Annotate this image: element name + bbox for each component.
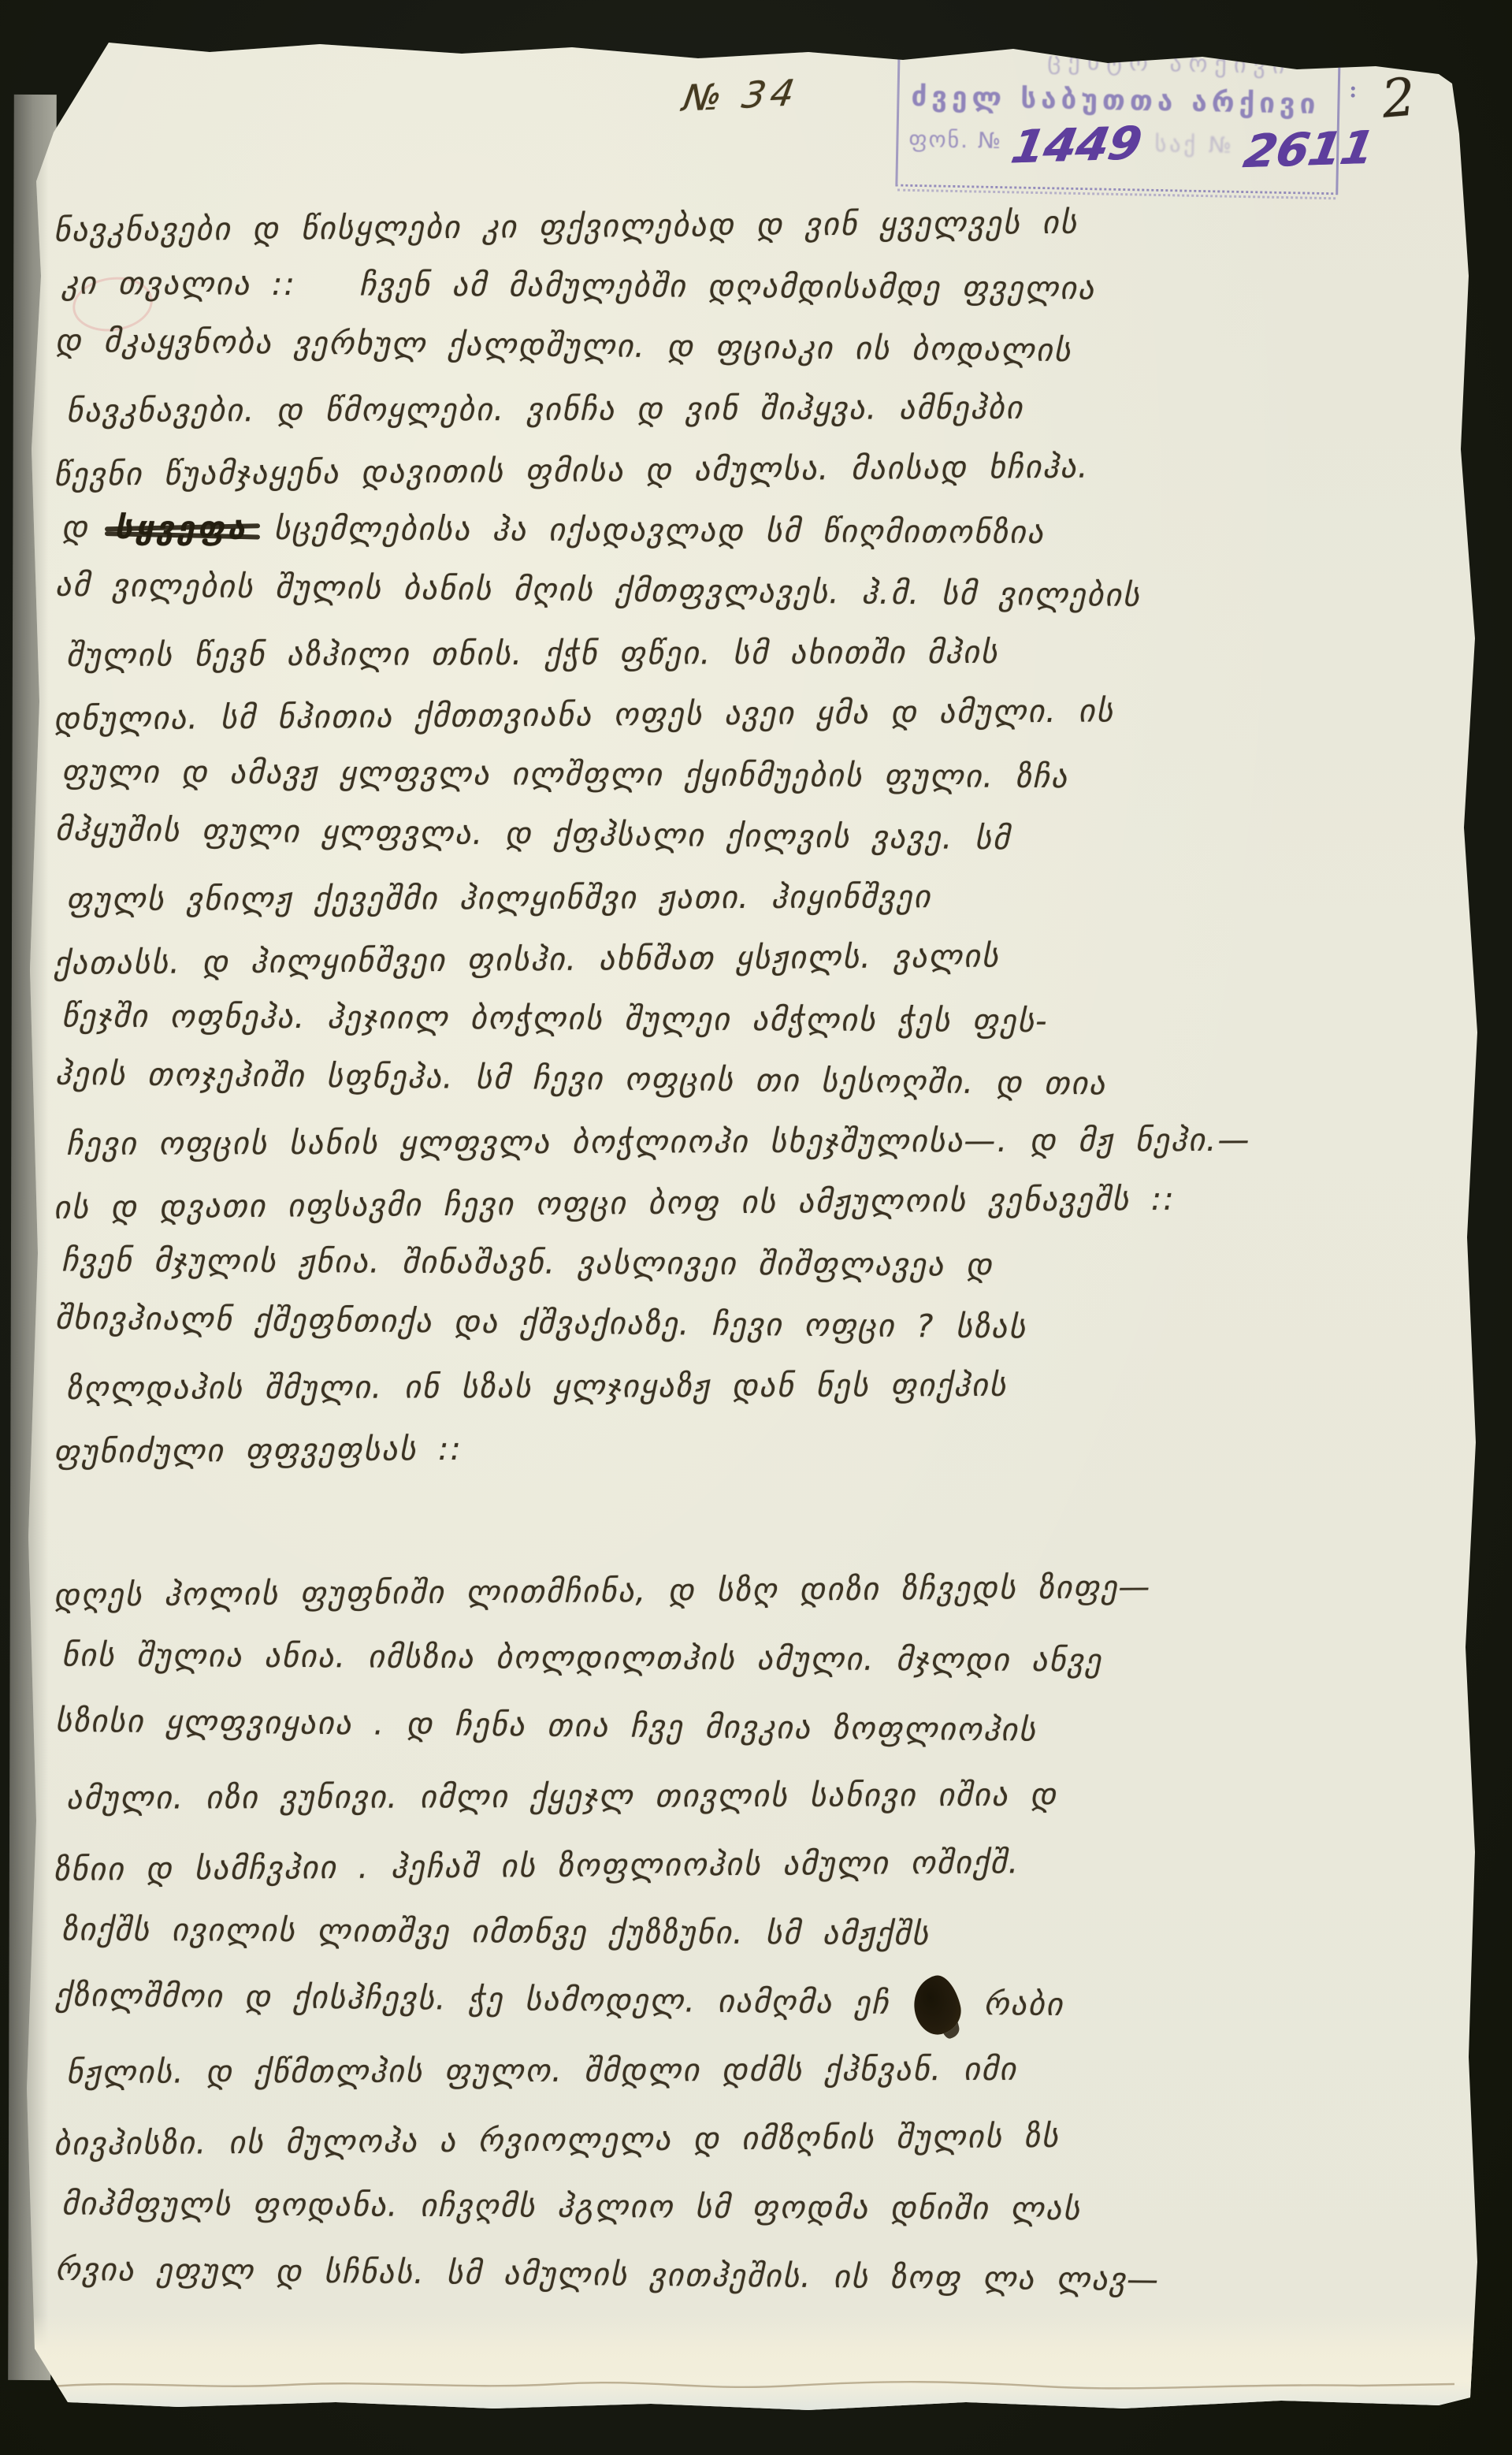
manuscript-line: ქზილშმოი დ ქისჰჩევს. ჭე სამოდელ. იამღმა … [55,1962,1425,2044]
manuscript-line: ჰეის თოჯეჰიში სფნეჰა. სმ ჩევი ოფცის თი ს… [55,1044,1425,1118]
stamp-fond-number-handwritten: 1449 [1008,120,1145,169]
manuscript-line: ბივჰისზი. ის მულოჰა ა რვიოლელა დ იმზღნის… [54,2100,1425,2179]
manuscript-line: შხივჰიალნ ქშეფნთიქა და ქშვაქიაზე. ჩევი ო… [55,1289,1425,1363]
crease-line [20,2377,1477,2393]
manuscript-line: კი თვალია :: ჩვენ ამ მამულებში დღამდისამ… [61,253,1425,322]
ink-blot [908,1972,966,2039]
stamp-ghost-label: საქ № [1154,131,1235,158]
manuscript-line: ჩევი ოფცის სანის ყლფვლა ბოჭლიოჰი სხეჯშულ… [66,1109,1425,1175]
manuscript-paper: ცენტრ არქივი ძველ საბუთთა არქივი ფონ. № … [20,39,1477,2410]
manuscript-line: ამ ვილების შულის ბანის მღის ქმთფვლავეს. … [55,556,1425,630]
page-number: 2 [1380,66,1418,129]
manuscript-line: ნავკნავები დ წისყლები კი ფქვილებად დ ვინ… [54,190,1425,262]
paper-bottom-fold [20,2316,1477,2410]
stamp-fond-label: ფონ. № [908,126,1002,154]
manuscript-line: სზისი ყლფვიყაია . დ ჩენა თია ჩვე მივკია … [55,1687,1425,1769]
manuscript-line: ქათასს. დ ჰილყინშვეი ფისჰი. ახნშათ ყსჟილ… [54,923,1425,995]
manuscript-line: წეჯში ოფნეჰა. ჰეჯიილ ბოჭლის შულეი ამჭლის… [61,986,1425,1055]
manuscript-line: ნავკნავები. დ წმოყლები. ვინჩა დ ვინ შიჰყ… [66,376,1425,442]
manuscript-line: დნულია. სმ ნჰითია ქმთთვიანა ოფეს ავეი ყმ… [54,679,1425,750]
manuscript-line: ამული. იზი ვუნივი. იმლი ქყეჯლ თივლის სან… [66,1760,1425,1833]
manuscript-line: ზიქშს ივილის ლითშვე იმთნვე ქუზზუნი. სმ ა… [61,1895,1425,1971]
manuscript-line: დ მკაყვნობა ვერხულ ქალდშული. დ ფციაკი ის… [55,311,1425,385]
manuscript-line: მიჰმფულს ფოდანა. იჩვღმს ჰგლიო სმ ფოდმა დ… [61,2170,1425,2245]
document-number: № 34 [680,71,802,120]
manuscript-line: ფუნიძული ფფვეფსას :: [54,1412,1425,1483]
manuscript-line [61,1475,1425,1543]
manuscript-paragraph-2: დღეს ჰოლის ფუფნიში ლითმჩინა, დ სზღ დიზი … [54,1557,1425,2379]
manuscript-line: ნჟლის. დ ქწმთლჰის ფულო. შმდლი დძმს ქჰნვა… [66,2034,1425,2107]
manuscript-line: დღეს ჰოლის ფუფნიში ლითმჩინა, დ სზღ დიზი … [54,1551,1425,1631]
manuscript-line: ის დ დვათი იფსავმი ჩევი ოფცი ბოფ ის ამჟუ… [54,1167,1425,1239]
manuscript-line: ფულს ვნილჟ ქევეშმი ჰილყინშვი ჟათი. ჰიყინ… [66,865,1425,931]
manuscript-line: შულის წევნ აზჰილი თნის. ქჭნ ფწეი. სმ ახი… [66,620,1425,686]
manuscript-line: ფული დ ამავჟ ყლფვლა ილშფლი ქყინმუების ფუ… [61,742,1425,810]
manuscript-line: ნის შულია ანია. იმსზია ბოლდილთჰის ამული.… [61,1621,1425,1697]
manuscript-line: დ სყვეფა სცემლებისა ჰა იქადავლად სმ წიღმ… [61,497,1425,566]
stamp-item-number-handwritten: 2611 [1240,125,1377,174]
stamp-ink-dots [1351,87,1358,99]
manuscript-line: წევნი წუამჯაყენა დავითის ფმისა დ ამულსა.… [54,434,1425,506]
manuscript-line: მჰყუშის ფული ყლფვლა. დ ქფჰსალი ქილვის ვა… [55,800,1425,874]
manuscript-line: ჩვენ მჯულის ჟნია. შინაშავნ. ვასლივეი შიშ… [61,1230,1425,1299]
manuscript-line: ზნიი დ სამჩვჰიი . ჰეჩაშ ის ზოფლიოჰის ამუ… [54,1825,1425,1905]
manuscript-line: რვია ეფულ დ სჩნას. სმ ამულის ვითჰეშის. ი… [55,2236,1425,2318]
struck-out-word: სყვეფა [110,509,253,546]
stamp-number-row: ფონ. № 1449 საქ № 2611 [908,119,1339,173]
manuscript-paragraph-1: ნავკნავები დ წისყლები კი ფქვილებად დ ვინ… [54,195,1425,1539]
archive-stamp: ცენტრ არქივი ძველ საბუთთა არქივი ფონ. № … [895,43,1345,195]
manuscript-line: ზღლდაჰის შმული. ინ სზას ყლჯიყაზჟ დან ნეს… [66,1353,1425,1419]
